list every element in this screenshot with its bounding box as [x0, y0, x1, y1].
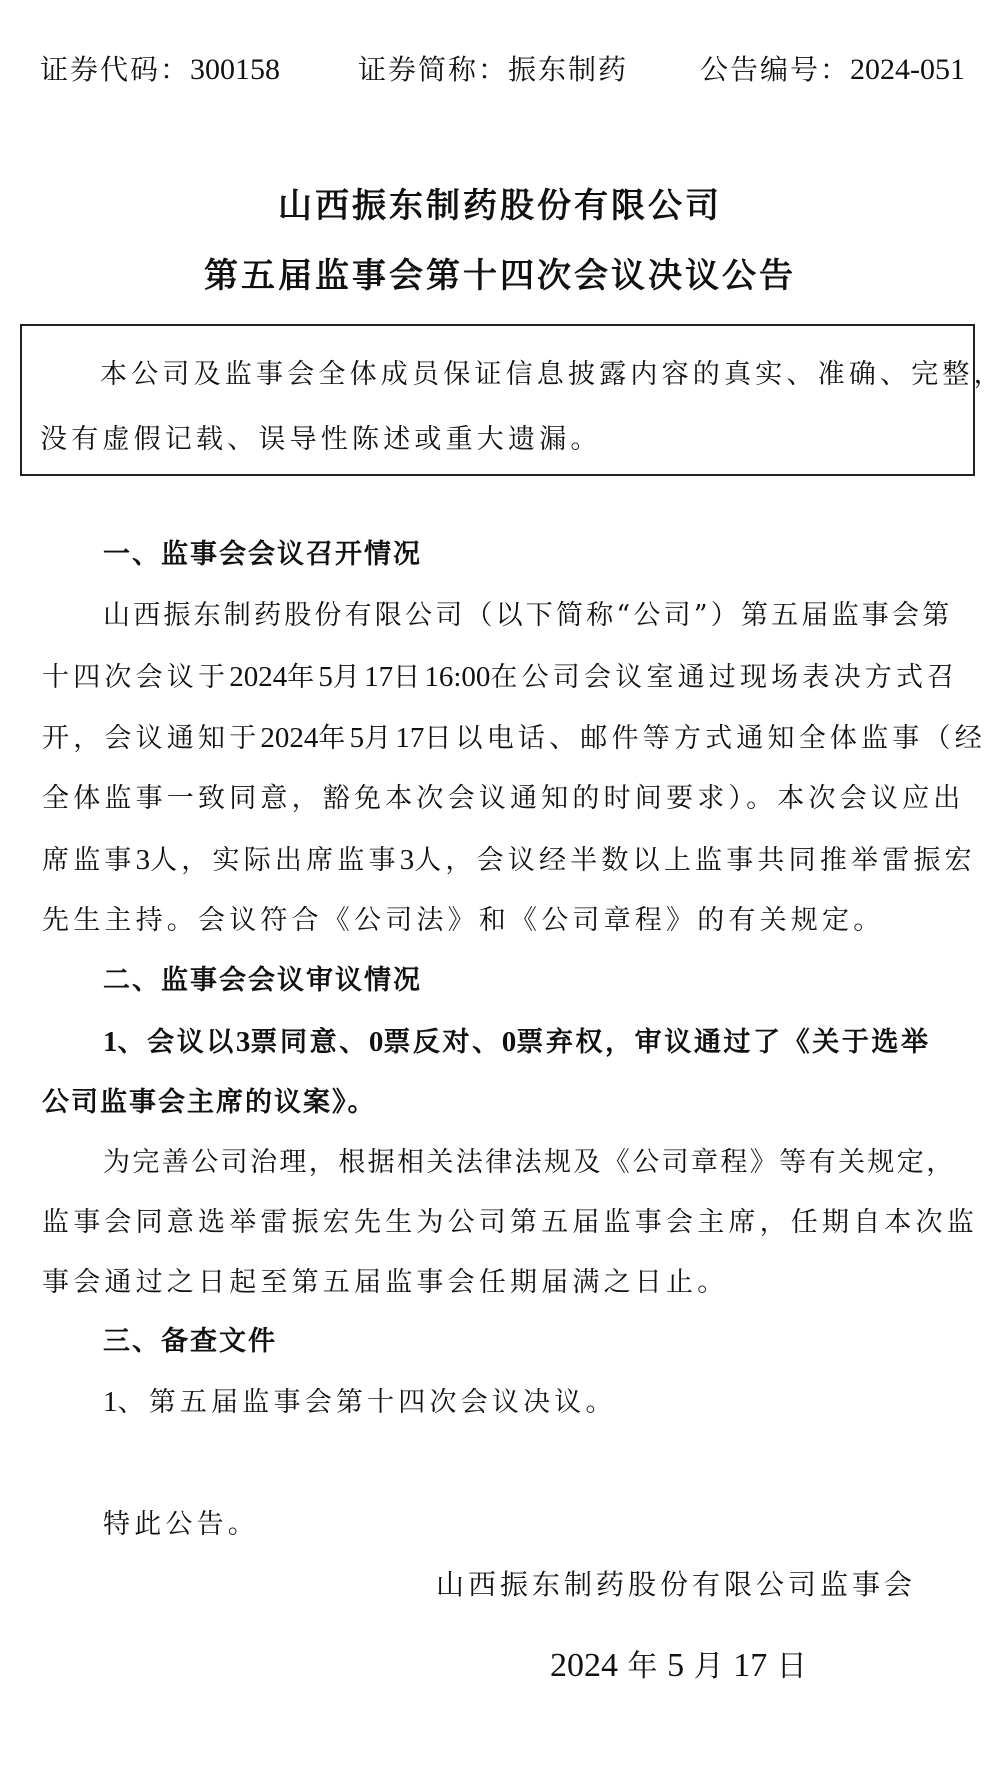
date-day-unit: 日: [777, 1649, 807, 1684]
security-name-label: 证券简称：: [358, 53, 508, 86]
signature-company: 山西振东制药股份有限公司监事会: [436, 1565, 916, 1605]
signature-date: 2024 年 5 月 17 日: [550, 1646, 807, 1687]
section-1-heading: 一、监事会会议召开情况: [103, 535, 422, 575]
date-month: 5: [667, 1647, 684, 1684]
date-year-unit: 年: [628, 1649, 658, 1684]
security-name-value: 振东制药: [508, 53, 628, 86]
announcement-number: 公告编号：2024-051: [700, 50, 965, 90]
announcement-number-label: 公告编号：: [700, 53, 850, 86]
date-year: 2024: [550, 1647, 618, 1684]
date-month-unit: 月: [694, 1649, 724, 1684]
resolution-line-1: 1、会议以3票同意、0票反对、0票弃权，审议通过了《关于选举: [103, 1022, 931, 1063]
section-1-line-6: 先生主持。会议符合《公司法》和《公司章程》的有关规定。: [42, 901, 884, 941]
declaration-line-1: 本公司及监事会全体成员保证信息披露内容的真实、准确、完整，: [100, 355, 1000, 395]
title-subject: 第五届监事会第十四次会议决议公告: [0, 254, 1000, 298]
section-1-line-2: 十四次会议于2024年5月17日16:00在公司会议室通过现场表决方式召: [42, 657, 958, 698]
closing-text: 特此公告。: [103, 1505, 259, 1545]
section-2-line-1: 为完善公司治理，根据相关法律法规及《公司章程》等有关规定，: [103, 1143, 956, 1183]
security-name: 证券简称：振东制药: [358, 50, 628, 90]
announcement-number-value: 2024-051: [850, 53, 965, 86]
reference-document-item: 1、第五届监事会第十四次会议决议。: [103, 1382, 617, 1423]
date-day: 17: [733, 1647, 767, 1684]
security-code-value: 300158: [190, 53, 280, 86]
section-2-line-3: 事会通过之日起至第五届监事会任期届满之日止。: [42, 1263, 728, 1303]
section-1-line-5: 席监事3人，实际出席监事3人，会议经半数以上监事共同推举雷振宏: [42, 840, 976, 881]
section-1-line-3: 开，会议通知于2024年5月17日以电话、邮件等方式通知全体监事（经: [42, 718, 986, 759]
declaration-line-2: 没有虚假记载、误导性陈述或重大遗漏。: [40, 420, 602, 460]
title-company: 山西振东制药股份有限公司: [0, 184, 1000, 228]
announcement-page: 证券代码：300158 证券简称：振东制药 公告编号：2024-051 山西振东…: [0, 0, 1000, 1771]
security-code: 证券代码：300158: [40, 50, 280, 90]
section-3-heading: 三、备查文件: [103, 1322, 277, 1362]
section-1-line-4: 全体监事一致同意，豁免本次会议通知的时间要求）。本次会议应出: [42, 779, 965, 819]
section-1-line-1: 山西振东制药股份有限公司（以下简称“公司”）第五届监事会第: [103, 596, 952, 636]
security-code-label: 证券代码：: [40, 53, 190, 86]
resolution-line-2: 公司监事会主席的议案》。: [42, 1083, 377, 1123]
section-2-heading: 二、监事会会议审议情况: [103, 961, 422, 1001]
section-2-line-2: 监事会同意选举雷振宏先生为公司第五届监事会主席，任期自本次监: [42, 1203, 978, 1243]
